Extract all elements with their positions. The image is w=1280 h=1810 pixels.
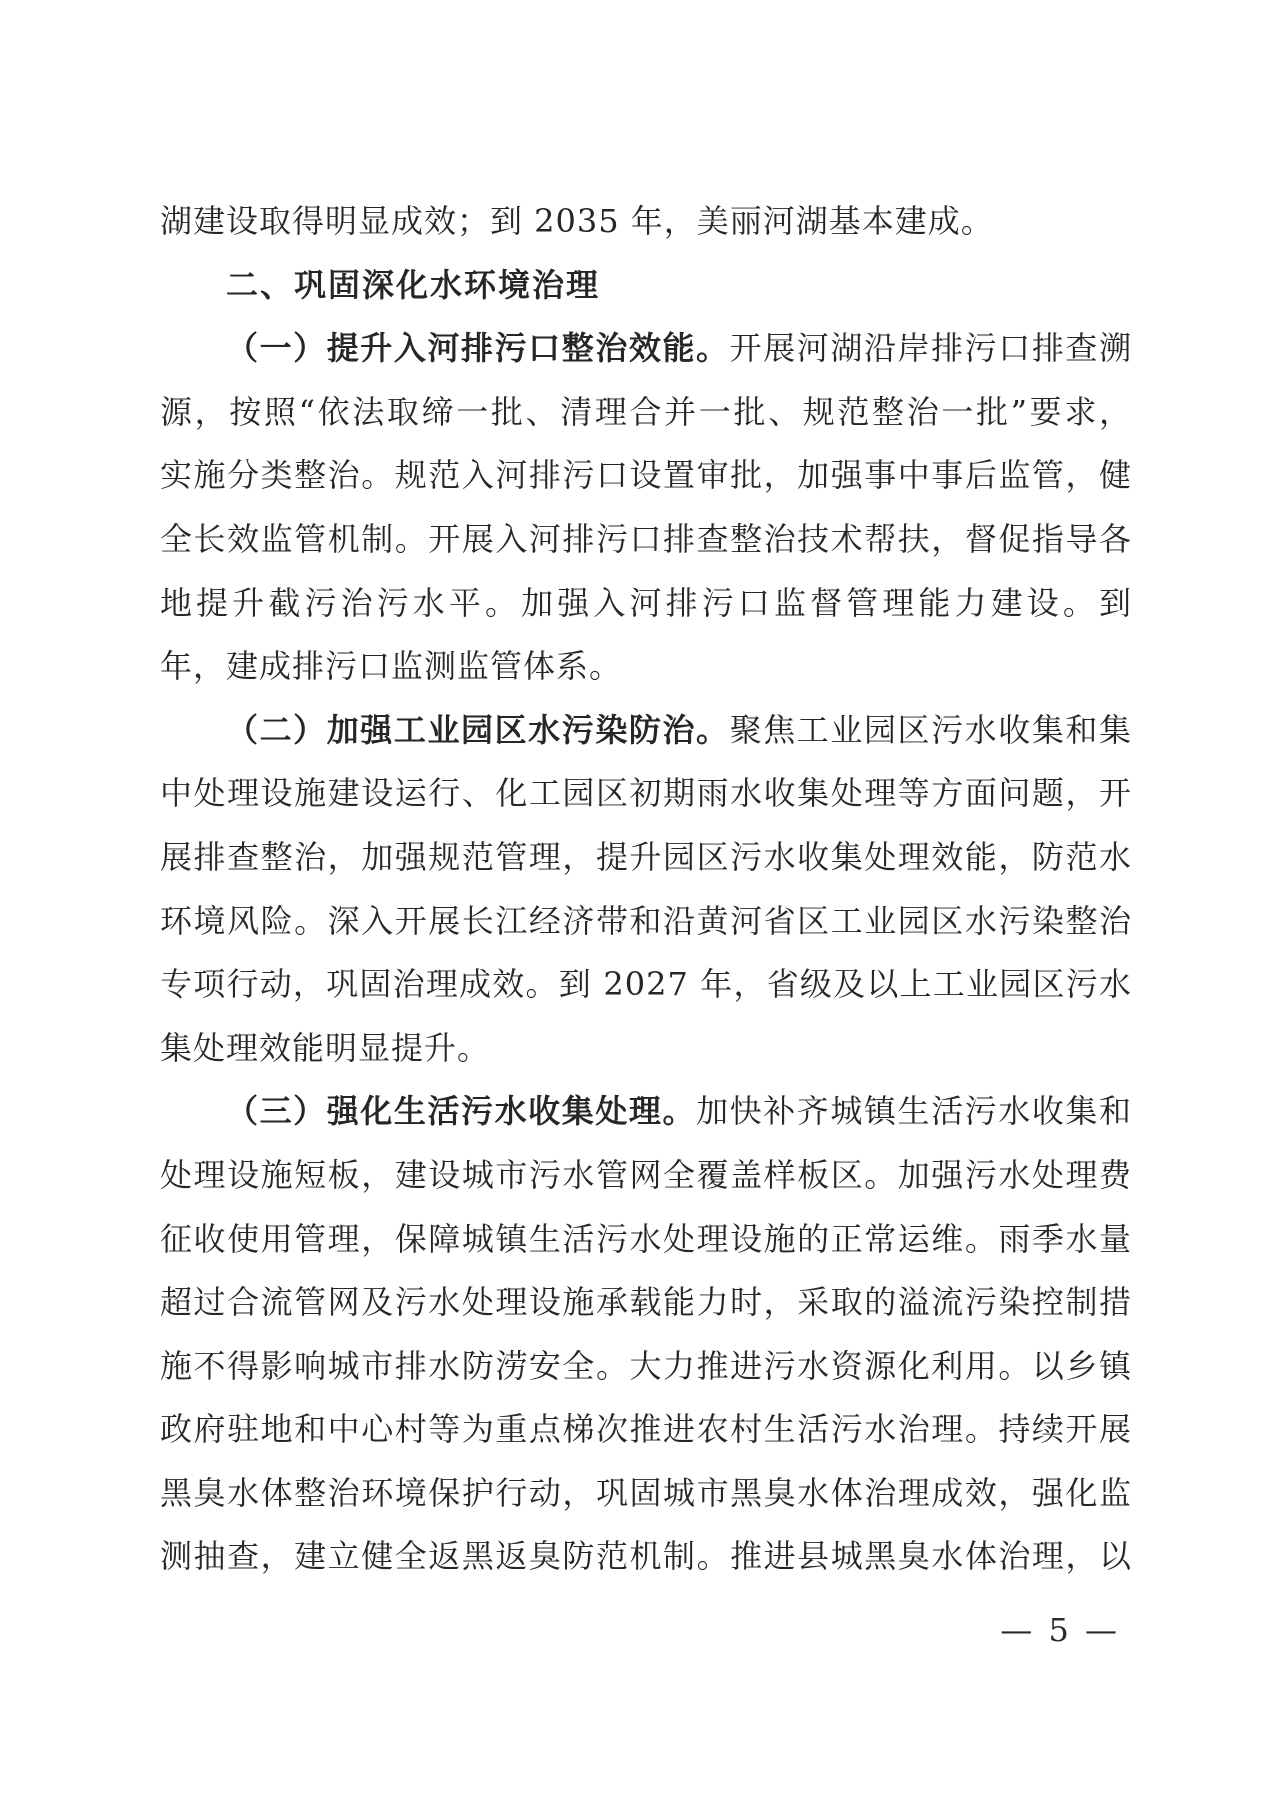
paragraph-lead: （三）强化生活污水收集处理。	[226, 1092, 696, 1130]
line-text: 全长效监管机制。开展入河排污口排查整治技术帮扶，督促指导各	[160, 520, 1132, 558]
line-text: 专项行动，巩固治理成效。到 2027 年，省级及以上工业园区污水收	[160, 965, 1132, 1017]
line-text: 源，按照“依法取缔一批、清理合并一批、规范整治一批”要求，	[160, 393, 1132, 431]
line-text: 集处理效能明显提升。	[160, 1029, 490, 1067]
line-text: 实施分类整治。规范入河排污口设置审批，加强事中事后监管，健	[160, 456, 1132, 494]
text-line: 测抽查，建立健全返黑返臭防范机制。推进县城黑臭水体治理，以	[160, 1525, 1132, 1589]
line-text: 征收使用管理，保障城镇生活污水处理设施的正常运维。雨季水量	[160, 1220, 1132, 1258]
line-text: 加快补齐城镇生活污水收集和	[696, 1092, 1132, 1130]
line-text: 处理设施短板，建设城市污水管网全覆盖样板区。加强污水处理费	[160, 1156, 1132, 1194]
line-text: 展排查整治，加强规范管理，提升园区污水收集处理效能，防范水	[160, 838, 1132, 876]
line-text: 环境风险。深入开展长江经济带和沿黄河省区工业园区水污染整治	[160, 902, 1132, 940]
text-line: 中处理设施建设运行、化工园区初期雨水收集处理等方面问题，开	[160, 762, 1132, 826]
line-text: 超过合流管网及污水处理设施承载能力时，采取的溢流污染控制措	[160, 1283, 1132, 1321]
text-line: 超过合流管网及污水处理设施承载能力时，采取的溢流污染控制措	[160, 1271, 1132, 1335]
paragraph-lead: （二）加强工业园区水污染防治。	[226, 711, 730, 749]
section-heading: 二、巩固深化水环境治理	[160, 254, 1132, 318]
text-line: 征收使用管理，保障城镇生活污水处理设施的正常运维。雨季水量	[160, 1208, 1132, 1272]
line-text: 二、巩固深化水环境治理	[226, 266, 600, 304]
text-line: 施不得影响城市排水防涝安全。大力推进污水资源化利用。以乡镇	[160, 1335, 1132, 1399]
text-line: 黑臭水体整治环境保护行动，巩固城市黑臭水体治理成效，强化监	[160, 1462, 1132, 1526]
page-number: — 5 —	[1000, 1608, 1120, 1652]
text-line: 湖建设取得明显成效；到 2035 年，美丽河湖基本建成。	[160, 190, 1132, 254]
text-line: （一）提升入河排污口整治效能。开展河湖沿岸排污口排查溯	[160, 317, 1132, 381]
text-line: 源，按照“依法取缔一批、清理合并一批、规范整治一批”要求，	[160, 381, 1132, 445]
text-line: 全长效监管机制。开展入河排污口排查整治技术帮扶，督促指导各	[160, 508, 1132, 572]
line-text: 年，建成排污口监测监管体系。	[160, 647, 622, 685]
text-line: 集处理效能明显提升。	[160, 1017, 1132, 1081]
text-line: （三）强化生活污水收集处理。加快补齐城镇生活污水收集和	[160, 1080, 1132, 1144]
document-body: 湖建设取得明显成效；到 2035 年，美丽河湖基本建成。二、巩固深化水环境治理（…	[160, 190, 1132, 1589]
line-text: 测抽查，建立健全返黑返臭防范机制。推进县城黑臭水体治理，以	[160, 1537, 1132, 1575]
text-line: 专项行动，巩固治理成效。到 2027 年，省级及以上工业园区污水收	[160, 953, 1132, 1017]
line-text: 聚焦工业园区污水收集和集	[730, 711, 1132, 749]
line-text: 黑臭水体整治环境保护行动，巩固城市黑臭水体治理成效，强化监	[160, 1474, 1132, 1512]
text-line: 处理设施短板，建设城市污水管网全覆盖样板区。加强污水处理费	[160, 1144, 1132, 1208]
document-page: 湖建设取得明显成效；到 2035 年，美丽河湖基本建成。二、巩固深化水环境治理（…	[0, 0, 1280, 1810]
paragraph-lead: （一）提升入河排污口整治效能。	[226, 329, 730, 367]
text-line: 环境风险。深入开展长江经济带和沿黄河省区工业园区水污染整治	[160, 890, 1132, 954]
line-text: 开展河湖沿岸排污口排查溯	[730, 329, 1132, 367]
text-line: 政府驻地和中心村等为重点梯次推进农村生活污水治理。持续开展	[160, 1398, 1132, 1462]
line-text: 施不得影响城市排水防涝安全。大力推进污水资源化利用。以乡镇	[160, 1347, 1132, 1385]
text-line: 地提升截污治污水平。加强入河排污口监督管理能力建设。到 2027	[160, 572, 1132, 636]
text-line: 展排查整治，加强规范管理，提升园区污水收集处理效能，防范水	[160, 826, 1132, 890]
line-text: 湖建设取得明显成效；到 2035 年，美丽河湖基本建成。	[160, 202, 994, 240]
line-text: 政府驻地和中心村等为重点梯次推进农村生活污水治理。持续开展	[160, 1410, 1132, 1448]
text-line: 实施分类整治。规范入河排污口设置审批，加强事中事后监管，健	[160, 444, 1132, 508]
text-line: 年，建成排污口监测监管体系。	[160, 635, 1132, 699]
line-text: 地提升截污治污水平。加强入河排污口监督管理能力建设。到 2027	[160, 584, 1132, 636]
line-text: 中处理设施建设运行、化工园区初期雨水收集处理等方面问题，开	[160, 774, 1132, 812]
text-line: （二）加强工业园区水污染防治。聚焦工业园区污水收集和集	[160, 699, 1132, 763]
